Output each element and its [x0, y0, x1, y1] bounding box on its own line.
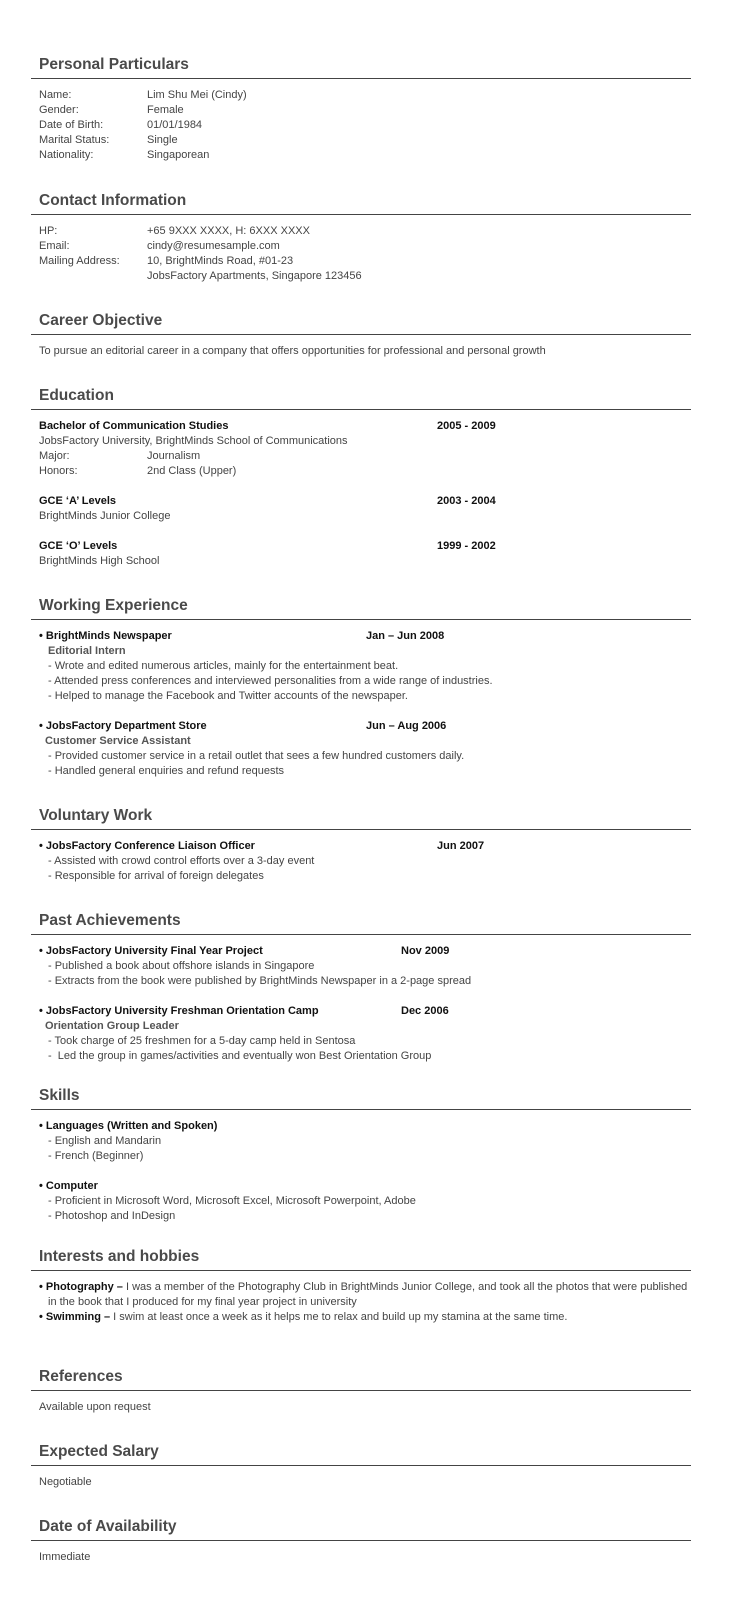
section-achievements: Past Achievements • JobsFactory Universi…: [31, 911, 691, 1064]
section-title: Education: [31, 386, 691, 410]
voluntary-date: Jun 2007: [437, 839, 484, 854]
achievement-date: Dec 2006: [401, 1004, 449, 1019]
salary-text: Negotiable: [31, 1475, 691, 1490]
field-row: Marital Status:Single: [39, 133, 691, 148]
section-title: Interests and hobbies: [31, 1247, 691, 1271]
field-row: Name:Lim Shu Mei (Cindy): [39, 88, 691, 103]
interest-item: • Swimming – I swim at least once a week…: [39, 1310, 691, 1325]
section-interests: Interests and hobbies • Photography – I …: [31, 1247, 691, 1325]
references-text: Available upon request: [31, 1400, 691, 1415]
skills-list: • Languages (Written and Spoken) - Engli…: [31, 1119, 691, 1224]
email-link[interactable]: cindy@resumesample.com: [147, 239, 691, 254]
field-row: Nationality:Singaporean: [39, 148, 691, 163]
section-voluntary: Voluntary Work • JobsFactory Conference …: [31, 806, 691, 884]
achievement-role: Orientation Group Leader: [39, 1019, 691, 1034]
education-item: GCE ‘O’ Levels 1999 - 2002 BrightMinds H…: [39, 539, 691, 569]
contact-fields: HP:+65 9XXX XXXX, H: 6XXX XXXX Email:cin…: [31, 224, 691, 284]
experience-item: • BrightMinds Newspaper Jan – Jun 2008 E…: [39, 629, 691, 704]
field-row: Email:cindy@resumesample.com: [39, 239, 691, 254]
section-availability: Date of Availability Immediate: [31, 1517, 691, 1565]
voluntary-list: • JobsFactory Conference Liaison Officer…: [31, 839, 691, 884]
interest-item: • Photography – I was a member of the Ph…: [39, 1280, 691, 1295]
education-item: GCE ‘A’ Levels 2003 - 2004 BrightMinds J…: [39, 494, 691, 524]
section-references: References Available upon request: [31, 1367, 691, 1415]
personal-fields: Name:Lim Shu Mei (Cindy) Gender:Female D…: [31, 88, 691, 163]
field-row: Date of Birth:01/01/1984: [39, 118, 691, 133]
section-title: Career Objective: [31, 311, 691, 335]
objective-text: To pursue an editorial career in a compa…: [31, 344, 691, 359]
achievement-item: • JobsFactory University Final Year Proj…: [39, 944, 691, 989]
education-date: 1999 - 2002: [437, 539, 496, 554]
experience-date: Jun – Aug 2006: [366, 719, 446, 734]
section-title: Past Achievements: [31, 911, 691, 935]
section-title: References: [31, 1367, 691, 1391]
section-education: Education Bachelor of Communication Stud…: [31, 386, 691, 569]
field-row: Gender:Female: [39, 103, 691, 118]
section-salary: Expected Salary Negotiable: [31, 1442, 691, 1490]
section-title: Skills: [31, 1086, 691, 1110]
skill-item: • Languages (Written and Spoken) - Engli…: [39, 1119, 691, 1164]
availability-text: Immediate: [31, 1550, 691, 1565]
interests-list: • Photography – I was a member of the Ph…: [31, 1280, 691, 1325]
education-list: Bachelor of Communication Studies 2005 -…: [31, 419, 691, 569]
job-role: Customer Service Assistant: [39, 734, 691, 749]
job-role: Editorial Intern: [39, 644, 691, 659]
section-personal: Personal Particulars Name:Lim Shu Mei (C…: [31, 55, 691, 163]
education-date: 2003 - 2004: [437, 494, 496, 509]
section-title: Expected Salary: [31, 1442, 691, 1466]
experience-date: Jan – Jun 2008: [366, 629, 444, 644]
section-title: Contact Information: [31, 191, 691, 215]
field-row: HP:+65 9XXX XXXX, H: 6XXX XXXX: [39, 224, 691, 239]
education-date: 2005 - 2009: [437, 419, 496, 434]
voluntary-item: • JobsFactory Conference Liaison Officer…: [39, 839, 691, 884]
field-row: Mailing Address:10, BrightMinds Road, #0…: [39, 254, 691, 269]
education-item: Bachelor of Communication Studies 2005 -…: [39, 419, 691, 479]
section-experience: Working Experience • BrightMinds Newspap…: [31, 596, 691, 779]
experience-item: • JobsFactory Department Store Jun – Aug…: [39, 719, 691, 779]
skill-item: • Computer - Proficient in Microsoft Wor…: [39, 1179, 691, 1224]
section-objective: Career Objective To pursue an editorial …: [31, 311, 691, 359]
section-title: Working Experience: [31, 596, 691, 620]
achievement-date: Nov 2009: [401, 944, 449, 959]
achievements-list: • JobsFactory University Final Year Proj…: [31, 944, 691, 1064]
section-title: Voluntary Work: [31, 806, 691, 830]
section-title: Date of Availability: [31, 1517, 691, 1541]
section-skills: Skills • Languages (Written and Spoken) …: [31, 1086, 691, 1224]
section-contact: Contact Information HP:+65 9XXX XXXX, H:…: [31, 191, 691, 284]
field-row: JobsFactory Apartments, Singapore 123456: [39, 269, 691, 284]
section-title: Personal Particulars: [31, 55, 691, 79]
achievement-item: • JobsFactory University Freshman Orient…: [39, 1004, 691, 1064]
experience-list: • BrightMinds Newspaper Jan – Jun 2008 E…: [31, 629, 691, 779]
